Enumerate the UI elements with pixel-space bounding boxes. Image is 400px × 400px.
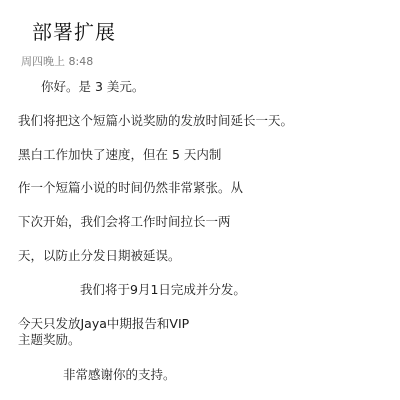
message-line-date: 我们将于9月1日完成并分发。 bbox=[80, 282, 246, 298]
message-line: 作一个短篇小说的时间仍然非常紧张。从 bbox=[18, 180, 243, 196]
message-line: 天，以防止分发日期被延误。 bbox=[18, 248, 181, 264]
post-title: 部署扩展 bbox=[32, 16, 116, 45]
message-line: 今天只发放Jaya中期报告和VIP bbox=[18, 316, 189, 332]
message-line: 我们将把这个短篇小说奖励的发放时间延长一天。 bbox=[18, 113, 293, 129]
message-line: 下次开始，我们会将工作时间拉长一两 bbox=[18, 214, 231, 230]
message-line: 黑白工作加快了速度，但在 5 天内制 bbox=[18, 147, 221, 163]
message-line-greeting: 你好。是 3 美元。 bbox=[41, 79, 144, 95]
message-line: 主题奖励。 bbox=[18, 332, 81, 348]
post-timestamp: 周四晚上 8:48 bbox=[21, 53, 93, 69]
message-line-thanks: 非常感谢你的支持。 bbox=[63, 367, 176, 383]
